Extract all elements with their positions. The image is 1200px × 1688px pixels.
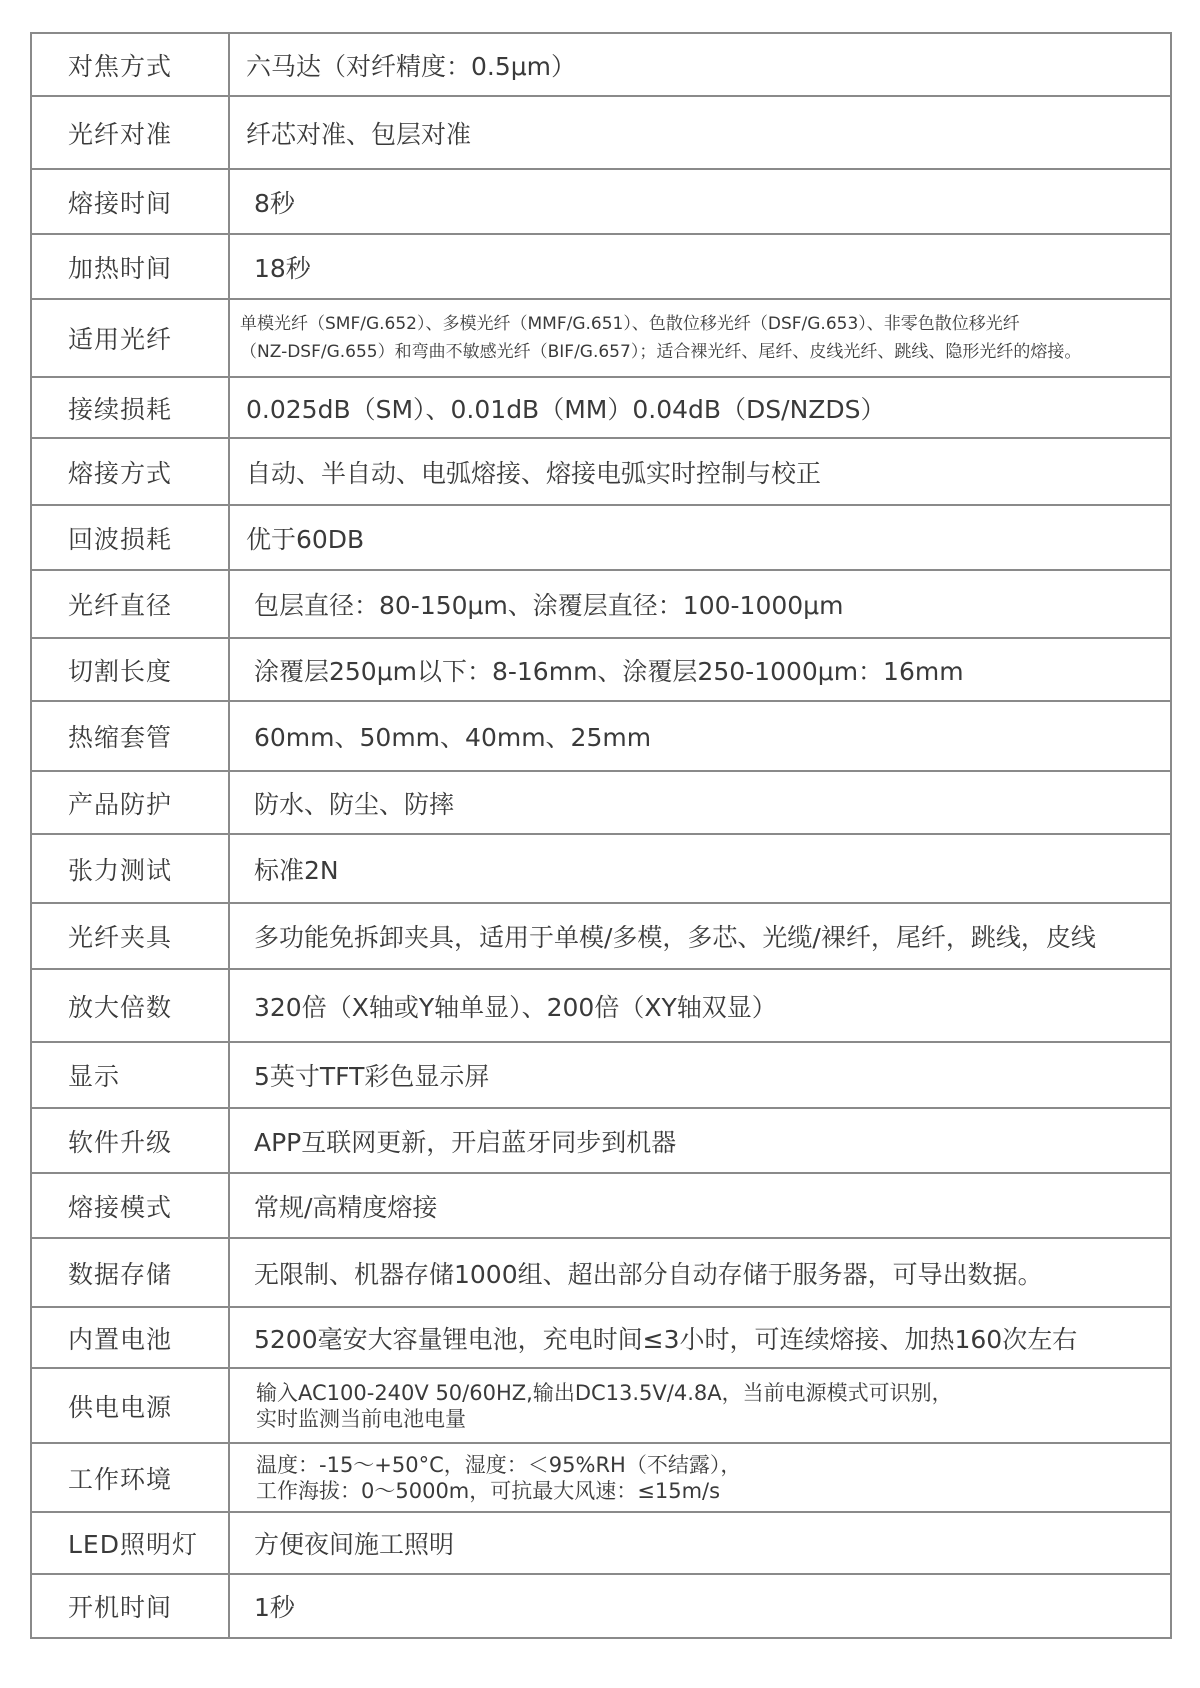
- spec-label: 加热时间: [31, 234, 229, 299]
- spec-value: 无限制、机器存储1000组、超出部分自动存储于服务器，可导出数据。: [229, 1238, 1171, 1307]
- spec-label: 接续损耗: [31, 377, 229, 438]
- spec-value: 输入AC100-240V 50/60HZ,输出DC13.5V/4.8A，当前电源…: [229, 1368, 1171, 1443]
- table-row: 显示5英寸TFT彩色显示屏: [31, 1042, 1171, 1108]
- table-row: 光纤夹具多功能免拆卸夹具，适用于单模/多模，多芯、光缆/裸纤，尾纤，跳线，皮线: [31, 903, 1171, 969]
- spec-value-line: 18秒: [254, 249, 1170, 285]
- table-row: 开机时间1秒: [31, 1574, 1171, 1638]
- table-row: 对焦方式六马达（对纤精度：0.5μm）: [31, 33, 1171, 96]
- table-row: 接续损耗0.025dB（SM）、0.01dB（MM）0.04dB（DS/NZDS…: [31, 377, 1171, 438]
- spec-label: 熔接时间: [31, 169, 229, 234]
- spec-value: 包层直径：80-150μm、涂覆层直径：100-1000μm: [229, 570, 1171, 638]
- table-row: 适用光纤单模光纤（SMF/G.652）、多模光纤（MMF/G.651）、色散位移…: [31, 299, 1171, 377]
- spec-label: 数据存储: [31, 1238, 229, 1307]
- spec-label: 显示: [31, 1042, 229, 1108]
- spec-value-line: 60mm、50mm、40mm、25mm: [254, 718, 1170, 754]
- spec-label: 产品防护: [31, 771, 229, 834]
- table-row: 光纤直径包层直径：80-150μm、涂覆层直径：100-1000μm: [31, 570, 1171, 638]
- spec-label: 软件升级: [31, 1108, 229, 1173]
- spec-value-line: 5200毫安大容量锂电池，充电时间≤3小时，可连续熔接、加热160次左右: [254, 1320, 1170, 1356]
- spec-value: APP互联网更新，开启蓝牙同步到机器: [229, 1108, 1171, 1173]
- table-row: 回波损耗优于60DB: [31, 505, 1171, 570]
- spec-label: 热缩套管: [31, 701, 229, 771]
- table-row: 内置电池5200毫安大容量锂电池，充电时间≤3小时，可连续熔接、加热160次左右: [31, 1307, 1171, 1368]
- spec-label: 光纤夹具: [31, 903, 229, 969]
- table-row: 熔接方式自动、半自动、电弧熔接、熔接电弧实时控制与校正: [31, 438, 1171, 505]
- spec-label: 光纤对准: [31, 96, 229, 169]
- spec-label: 工作环境: [31, 1443, 229, 1512]
- spec-value-line: 六马达（对纤精度：0.5μm）: [246, 47, 1170, 83]
- spec-value-line: 8秒: [254, 184, 1170, 220]
- spec-value: 60mm、50mm、40mm、25mm: [229, 701, 1171, 771]
- spec-value-line: 实时监测当前电池电量: [256, 1406, 1170, 1432]
- table-row: LED照明灯方便夜间施工照明: [31, 1512, 1171, 1574]
- spec-label: 供电电源: [31, 1368, 229, 1443]
- spec-value-line: 自动、半自动、电弧熔接、熔接电弧实时控制与校正: [246, 454, 1170, 490]
- table-row: 熔接模式常规/高精度熔接: [31, 1173, 1171, 1238]
- spec-label: 放大倍数: [31, 969, 229, 1042]
- spec-value: 常规/高精度熔接: [229, 1173, 1171, 1238]
- spec-value: 温度：-15～+50°C，湿度：＜95%RH（不结露），工作海拔：0～5000m…: [229, 1443, 1171, 1512]
- spec-value-line: 纤芯对准、包层对准: [246, 115, 1170, 151]
- spec-value: 多功能免拆卸夹具，适用于单模/多模，多芯、光缆/裸纤，尾纤，跳线，皮线: [229, 903, 1171, 969]
- spec-label: 对焦方式: [31, 33, 229, 96]
- spec-label: 切割长度: [31, 638, 229, 701]
- table-row: 供电电源输入AC100-240V 50/60HZ,输出DC13.5V/4.8A，…: [31, 1368, 1171, 1443]
- spec-value-line: 0.025dB（SM）、0.01dB（MM）0.04dB（DS/NZDS）: [246, 390, 1170, 426]
- spec-value-line: （NZ-DSF/G.655）和弯曲不敏感光纤（BIF/G.657）；适合裸光纤、…: [240, 338, 1170, 366]
- spec-value-line: 输入AC100-240V 50/60HZ,输出DC13.5V/4.8A，当前电源…: [256, 1380, 1170, 1406]
- spec-value: 单模光纤（SMF/G.652）、多模光纤（MMF/G.651）、色散位移光纤（D…: [229, 299, 1171, 377]
- spec-value-line: 涂覆层250μm以下：8-16mm、涂覆层250-1000μm：16mm: [254, 652, 1170, 688]
- spec-value: 自动、半自动、电弧熔接、熔接电弧实时控制与校正: [229, 438, 1171, 505]
- table-row: 张力测试标准2N: [31, 834, 1171, 903]
- spec-table-body: 对焦方式六马达（对纤精度：0.5μm）光纤对准纤芯对准、包层对准熔接时间8秒加热…: [31, 33, 1171, 1638]
- spec-label: LED照明灯: [31, 1512, 229, 1574]
- spec-value: 1秒: [229, 1574, 1171, 1638]
- spec-value: 18秒: [229, 234, 1171, 299]
- spec-value-line: 常规/高精度熔接: [254, 1188, 1170, 1224]
- table-row: 数据存储无限制、机器存储1000组、超出部分自动存储于服务器，可导出数据。: [31, 1238, 1171, 1307]
- table-row: 软件升级APP互联网更新，开启蓝牙同步到机器: [31, 1108, 1171, 1173]
- spec-label: 内置电池: [31, 1307, 229, 1368]
- table-row: 光纤对准纤芯对准、包层对准: [31, 96, 1171, 169]
- spec-value: 320倍（X轴或Y轴单显）、200倍（XY轴双显）: [229, 969, 1171, 1042]
- spec-value: 5200毫安大容量锂电池，充电时间≤3小时，可连续熔接、加热160次左右: [229, 1307, 1171, 1368]
- spec-value-line: 包层直径：80-150μm、涂覆层直径：100-1000μm: [254, 586, 1170, 622]
- spec-value: 5英寸TFT彩色显示屏: [229, 1042, 1171, 1108]
- table-row: 切割长度涂覆层250μm以下：8-16mm、涂覆层250-1000μm：16mm: [31, 638, 1171, 701]
- spec-label: 张力测试: [31, 834, 229, 903]
- spec-value: 0.025dB（SM）、0.01dB（MM）0.04dB（DS/NZDS）: [229, 377, 1171, 438]
- spec-value: 防水、防尘、防摔: [229, 771, 1171, 834]
- spec-value-line: 多功能免拆卸夹具，适用于单模/多模，多芯、光缆/裸纤，尾纤，跳线，皮线: [254, 918, 1170, 954]
- spec-value-line: 标准2N: [254, 851, 1170, 887]
- spec-table: 对焦方式六马达（对纤精度：0.5μm）光纤对准纤芯对准、包层对准熔接时间8秒加热…: [30, 32, 1172, 1639]
- spec-value-line: APP互联网更新，开启蓝牙同步到机器: [254, 1123, 1170, 1159]
- table-row: 热缩套管60mm、50mm、40mm、25mm: [31, 701, 1171, 771]
- spec-value: 六马达（对纤精度：0.5μm）: [229, 33, 1171, 96]
- spec-label: 光纤直径: [31, 570, 229, 638]
- spec-label: 回波损耗: [31, 505, 229, 570]
- spec-value-line: 方便夜间施工照明: [254, 1525, 1170, 1561]
- spec-value-line: 单模光纤（SMF/G.652）、多模光纤（MMF/G.651）、色散位移光纤（D…: [240, 310, 1170, 338]
- spec-value: 标准2N: [229, 834, 1171, 903]
- spec-value-line: 温度：-15～+50°C，湿度：＜95%RH（不结露），: [256, 1452, 1170, 1478]
- spec-value-line: 防水、防尘、防摔: [254, 785, 1170, 821]
- spec-value: 涂覆层250μm以下：8-16mm、涂覆层250-1000μm：16mm: [229, 638, 1171, 701]
- spec-value-line: 320倍（X轴或Y轴单显）、200倍（XY轴双显）: [254, 988, 1170, 1024]
- table-row: 熔接时间8秒: [31, 169, 1171, 234]
- spec-value: 优于60DB: [229, 505, 1171, 570]
- spec-value-line: 优于60DB: [246, 520, 1170, 556]
- spec-value-line: 5英寸TFT彩色显示屏: [254, 1057, 1170, 1093]
- table-row: 产品防护防水、防尘、防摔: [31, 771, 1171, 834]
- spec-value: 纤芯对准、包层对准: [229, 96, 1171, 169]
- spec-value-line: 无限制、机器存储1000组、超出部分自动存储于服务器，可导出数据。: [254, 1255, 1170, 1291]
- spec-label: 适用光纤: [31, 299, 229, 377]
- spec-label: 熔接模式: [31, 1173, 229, 1238]
- spec-value-line: 1秒: [254, 1588, 1170, 1624]
- spec-label: 开机时间: [31, 1574, 229, 1638]
- spec-value-line: 工作海拔：0～5000m，可抗最大风速：≤15m/s: [256, 1478, 1170, 1504]
- spec-label: 熔接方式: [31, 438, 229, 505]
- spec-value: 8秒: [229, 169, 1171, 234]
- spec-value: 方便夜间施工照明: [229, 1512, 1171, 1574]
- table-row: 加热时间18秒: [31, 234, 1171, 299]
- table-row: 工作环境温度：-15～+50°C，湿度：＜95%RH（不结露），工作海拔：0～5…: [31, 1443, 1171, 1512]
- table-row: 放大倍数320倍（X轴或Y轴单显）、200倍（XY轴双显）: [31, 969, 1171, 1042]
